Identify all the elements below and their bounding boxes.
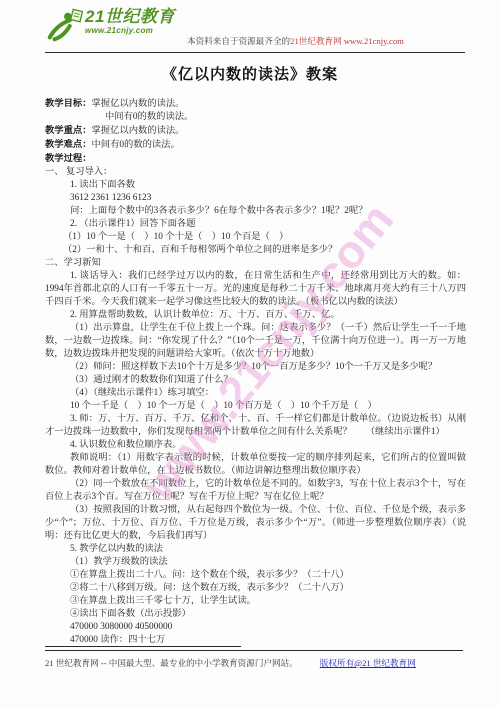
circled-item: ③在算盘上拨出三千零七十万，让学生试读。 (45, 595, 466, 608)
paragraph: （3）通过刚才的数数你们知道了什么？ (45, 374, 466, 387)
teaching-goal-row: 教学目标：掌握亿以内数的读法。 (45, 97, 466, 111)
question-line: 问：上面每个数中的3各表示多少？6在每个数中各表示多少？1呢？2呢？ (45, 205, 466, 218)
teaching-difficulty-row: 教学难点：中间有0的数的读法。 (45, 138, 466, 152)
section-2-heading: 二、学习新知 (45, 257, 466, 270)
circled-item: ②将二十八移到万级。问：这个数在万级，表示多少？（二十八万） (45, 582, 466, 595)
teaching-process-label: 教学过程： (45, 153, 92, 163)
brand-logo: 21世纪教育 www.21cnjy.com (45, 8, 175, 49)
paragraph: 5. 教学亿以内数的读法 (45, 543, 466, 556)
footer-divider-long (45, 650, 463, 651)
page-title: 《亿以内数的读法》教案 (0, 63, 500, 84)
document-page: 21世纪教育 www.21cnjy.com 本资料来自于资源最齐全的21世纪教育… (0, 0, 500, 707)
paragraph: 2. 用算盘帮助数数，认识计数单位：万、十万、百万、千万、亿。 (45, 309, 466, 322)
number-list: 470000 3080000 40500000 (45, 621, 466, 634)
brand-logo-text: 21世纪教育 www.21cnjy.com (85, 8, 175, 35)
teaching-difficulty-text: 中间有0的数的读法。 (92, 140, 180, 150)
brand-name: 21世纪教育 (85, 8, 175, 25)
document-body: 教学目标：掌握亿以内数的读法。 中间有0的数的读法。 教学重点：掌握亿以内数的读… (45, 97, 466, 647)
page-footer: 21 世纪教育网 -- 中国最大型、最专业的中小学教育资源门户网站。 版权所有@… (45, 657, 465, 669)
teaching-difficulty-label: 教学难点： (45, 139, 92, 149)
paragraph: （1）教学万级数的读法 (45, 556, 466, 569)
teaching-process-row: 教学过程： (45, 152, 466, 166)
header-divider (45, 52, 465, 53)
teaching-keypoint-row: 教学重点：掌握亿以内数的读法。 (45, 124, 466, 138)
fill-blank-line: 10 个一千是（ ）10 个一万是（ ）10 个百万是（ ）10 个千万是（ ） (45, 400, 466, 413)
paragraph: （2）师问：照这样数下去10个十万是多少？10个一百万是多少？10个一千万又是多… (45, 361, 466, 374)
page-header: 21世纪教育 www.21cnjy.com 本资料来自于资源最齐全的21世纪教育… (45, 6, 466, 51)
footer-divider-short (45, 646, 241, 647)
copyright-link[interactable]: 版权所有@21 世纪教育网 (320, 657, 416, 669)
paragraph: 教师说明：（1）用数字表示数的时候，计数单位要按一定的顺序排列起来，它们所占的位… (45, 452, 466, 478)
footer-slogan: 21 世纪教育网 -- 中国最大型、最专业的中小学教育资源门户网站。 (45, 657, 298, 669)
teaching-keypoint-text: 掌握亿以内数的读法。 (92, 126, 185, 136)
number-list: 3612 2361 1236 6123 (45, 192, 466, 205)
runner-logo-icon (45, 8, 83, 49)
paragraph: （4）（继续出示课件1）练习填空： (45, 387, 466, 400)
circled-item: ①在算盘上拨出二十八。问：这个数在个级，表示多少？（二十八） (45, 569, 466, 582)
paragraph: （2）同一个数放在不同数位上，它的计数单位是不同的。如数字3，写在十位上表示3个… (45, 478, 466, 504)
paragraph: 3. 师：万、十万、百万、千万、亿和个、十、百、千一样它们都是计数单位。（边说边… (45, 413, 466, 439)
teaching-goal-text: 掌握亿以内数的读法。 (92, 99, 185, 109)
source-notice: 本资料来自于资源最齐全的21世纪教育网 www.21cnjy.com (187, 35, 404, 47)
paragraph: （1）出示算盘，让学生在千位上拨上一个珠。问：这表示多少？（一千）然后让学生一千… (45, 322, 466, 361)
paragraph: （3）按照我国的计数习惯，从右起每四个数位为一级。个位、十位、百位、千位是个级，… (45, 504, 466, 543)
sub-item: （1）10 个一是（ ）10 个十是（ ）10 个百是（ ） (45, 231, 466, 244)
teaching-goal-label: 教学目标： (45, 98, 92, 108)
source-notice-prefix: 本资料来自于资源最齐全的 (187, 36, 290, 46)
teaching-keypoint-label: 教学重点： (45, 125, 92, 135)
list-item: 1. 读出下面各数 (45, 179, 466, 192)
section-1-heading: 一、 复习导入： (45, 166, 466, 179)
list-item: 2. （出示课件1）回答下面各题 (45, 218, 466, 231)
paragraph: 4. 认识数位和数位顺序表。 (45, 439, 466, 452)
paragraph: 1. 谈话导入：我们已经学过万以内的数，在日常生活和生产中，还经常用到比万大的数… (45, 270, 466, 309)
source-notice-site: 21世纪教育网 www.21cnjy.com (290, 36, 404, 46)
circled-item: ④读出下面各数（出示投影） (45, 608, 466, 621)
teaching-goal-text-2: 中间有0的数的读法。 (45, 111, 466, 124)
sub-item: （2）一和十、十和百、百和千每相邻两个单位之间的进率是多少？ (45, 244, 466, 257)
brand-site-url: www.21cnjy.com (85, 27, 175, 35)
